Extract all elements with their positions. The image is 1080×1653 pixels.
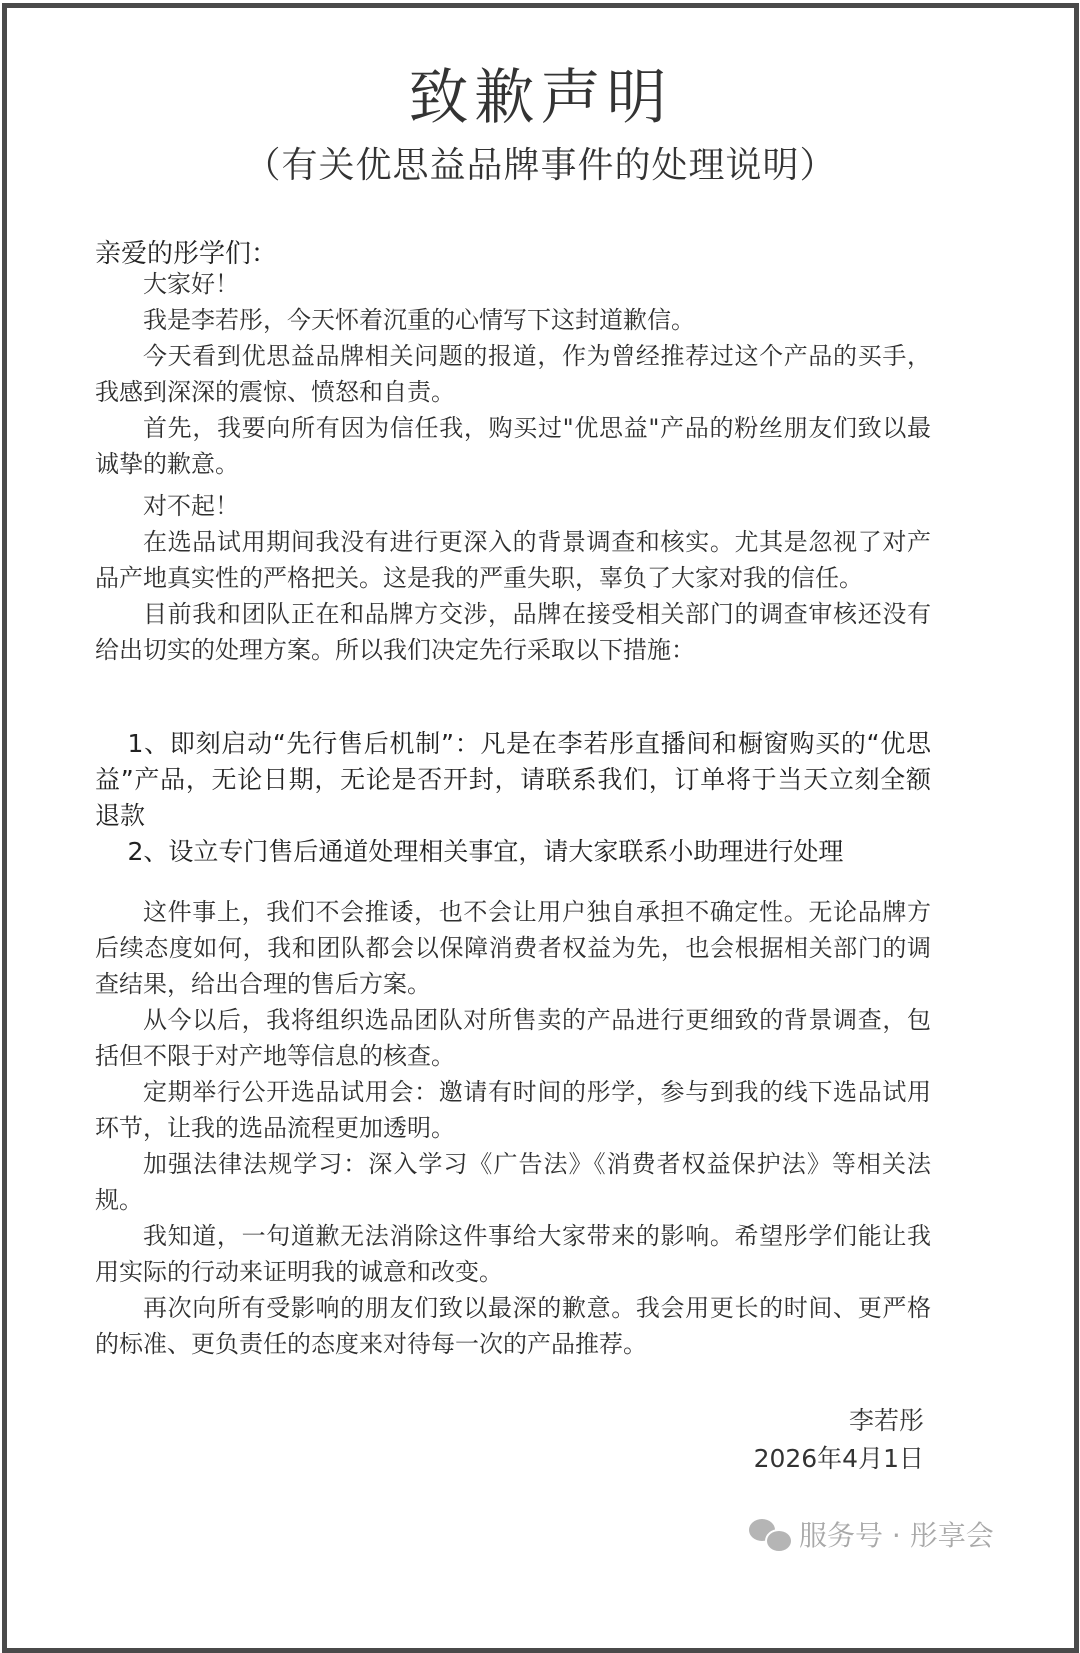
document-frame: 致歉声明 （有关优思益品牌事件的处理说明） 亲爱的彤学们： 大家好！ 我是李若彤… <box>2 3 1079 1653</box>
body-section-bottom: 这件事上，我们不会推诿，也不会让用户独自承担不确定性。无论品牌方后续态度如何，我… <box>95 894 931 1362</box>
paragraph: 目前我和团队正在和品牌方交涉，品牌在接受相关部门的调查审核还没有给出切实的处理方… <box>95 596 931 668</box>
paragraph: 从今以后，我将组织选品团队对所售卖的产品进行更细致的背景调查，包括但不限于对产地… <box>95 1002 931 1074</box>
watermark: 服务号 · 彤享会 <box>749 1514 994 1554</box>
measure-item: 2、设立专门售后通道处理相关事宜，请大家联系小助理进行处理 <box>95 834 931 870</box>
paragraph: 再次向所有受影响的朋友们致以最深的歉意。我会用更长的时间、更严格的标准、更负责任… <box>95 1290 931 1362</box>
paragraph: 我是李若彤，今天怀着沉重的心情写下这封道歉信。 <box>95 302 931 338</box>
paragraph: 在选品试用期间我没有进行更深入的背景调查和核实。尤其是忽视了对产品产地真实性的严… <box>95 524 931 596</box>
signature-block: 李若彤 2026年4月1日 <box>754 1402 924 1478</box>
paragraph: 这件事上，我们不会推诿，也不会让用户独自承担不确定性。无论品牌方后续态度如何，我… <box>95 894 931 1002</box>
letter-title: 致歉声明 <box>7 62 1074 134</box>
letter-subtitle: （有关优思益品牌事件的处理说明） <box>7 142 1074 190</box>
apology-letter: 致歉声明 （有关优思益品牌事件的处理说明） 亲爱的彤学们： 大家好！ 我是李若彤… <box>7 8 1074 1648</box>
signature-name: 李若彤 <box>754 1402 924 1440</box>
signature-date: 2026年4月1日 <box>754 1440 924 1478</box>
paragraph: 大家好！ <box>95 266 931 302</box>
watermark-text: 服务号 · 彤享会 <box>799 1514 994 1554</box>
wechat-icon <box>749 1517 793 1551</box>
measures-list: 1、即刻启动“先行售后机制”：凡是在李若彤直播间和橱窗购买的“优思益”产品，无论… <box>95 726 931 870</box>
measure-item: 1、即刻启动“先行售后机制”：凡是在李若彤直播间和橱窗购买的“优思益”产品，无论… <box>95 726 931 834</box>
paragraph: 对不起！ <box>95 488 931 524</box>
body-section-top: 大家好！ 我是李若彤，今天怀着沉重的心情写下这封道歉信。 今天看到优思益品牌相关… <box>95 266 931 482</box>
paragraph: 加强法律法规学习：深入学习《广告法》《消费者权益保护法》等相关法规。 <box>95 1146 931 1218</box>
paragraph: 今天看到优思益品牌相关问题的报道，作为曾经推荐过这个产品的买手，我感到深深的震惊… <box>95 338 931 410</box>
paragraph: 我知道，一句道歉无法消除这件事给大家带来的影响。希望彤学们能让我用实际的行动来证… <box>95 1218 931 1290</box>
paragraph: 首先，我要向所有因为信任我，购买过"优思益"产品的粉丝朋友们致以最诚挚的歉意。 <box>95 410 931 482</box>
paragraph: 定期举行公开选品试用会：邀请有时间的彤学，参与到我的线下选品试用环节，让我的选品… <box>95 1074 931 1146</box>
body-section-mid: 对不起！ 在选品试用期间我没有进行更深入的背景调查和核实。尤其是忽视了对产品产地… <box>95 488 931 668</box>
